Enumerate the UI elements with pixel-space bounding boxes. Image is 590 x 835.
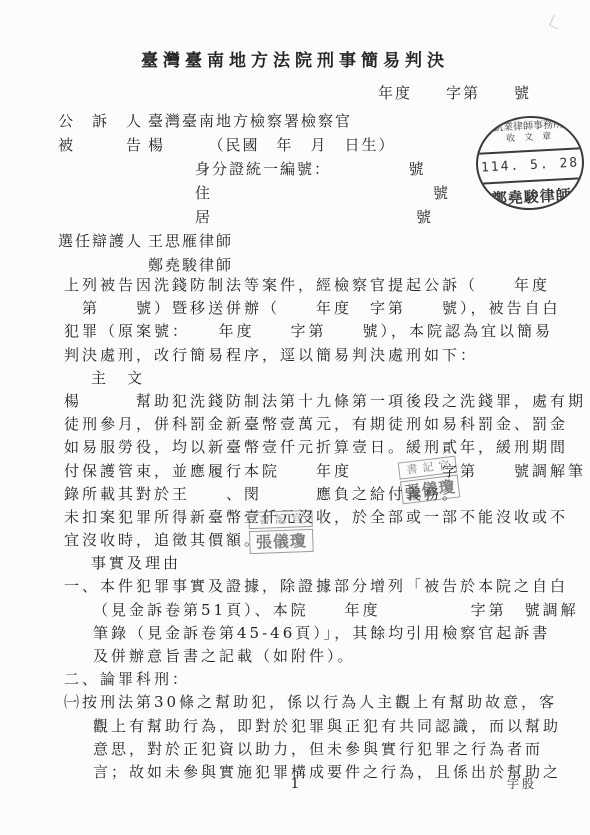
domicile-row: 居 號 bbox=[195, 205, 450, 229]
residence-row: 住 號 bbox=[195, 181, 450, 205]
body-line: 犯罪（原案號： 年度 字第 號），本院認為宜以簡易 bbox=[64, 320, 584, 343]
defense-counsel-name-1: 王思雁律師 bbox=[148, 232, 233, 250]
body-line: 上列被告因洗錢防制法等案件，經檢察官提起公訴（ 年度 bbox=[64, 274, 584, 297]
judgment-page: 臺灣臺南地方法院刑事簡易判決 年度 字第 號 公 訴 人臺灣臺南地方檢察署檢察官… bbox=[0, 0, 590, 835]
law-firm-stamp-header: 凱業律師事務所 收文章 bbox=[476, 115, 582, 154]
body-line: 及併辦意旨書之記載（如附件）。 bbox=[64, 645, 584, 668]
clerk-seal-stamp: 書記官 張儀瓊 bbox=[398, 456, 461, 505]
case-number-line: 年度 字第 號 bbox=[378, 82, 531, 103]
body-line: 未扣案犯罪所得新臺幣壹仟元沒收，於全部或一部不能沒收或不 bbox=[64, 506, 584, 529]
defense-counsel-row: 選任辯護人王思雁律師 bbox=[58, 229, 450, 253]
id-number-text: 身分證統一編號： 號 bbox=[195, 160, 426, 178]
clerk-seal-stamp: 書記官 張儀瓊 bbox=[248, 510, 313, 554]
body-line: 意思，對於正犯資以助力，但未參與實行犯罪之行為者而 bbox=[64, 738, 584, 761]
judgment-body: 上列被告因洗錢防制法等案件，經檢察官提起公訴（ 年度 第 號）暨移送併辦（ 年度… bbox=[64, 274, 584, 784]
id-number-row: 身分證統一編號： 號 bbox=[195, 157, 450, 181]
body-line: 一、本件犯罪事實及證據，除證據部分增列「被告於本院之自白 bbox=[64, 575, 584, 598]
body-line: 如易服勞役，均以新臺幣壹仟元折算壹日。緩刑貳年，緩刑期間 bbox=[64, 436, 584, 459]
body-line: （見金訴卷第51頁）、本院 年度 字第 號調解 bbox=[64, 599, 584, 622]
body-line: 錄所載其對於王 、閔 應負之給付義務。 bbox=[64, 483, 584, 506]
lawyer-name-stamp: 鄭堯駿律師 bbox=[479, 179, 584, 213]
page-number: 1 bbox=[0, 776, 590, 792]
facts-reasons-heading: 事實及理由 bbox=[64, 552, 584, 575]
body-line: 筆錄（見金訴卷第45-46頁）」，其餘均引用檢察官起訴書 bbox=[64, 622, 584, 645]
prosecutor-label: 公 訴 人 bbox=[58, 109, 148, 133]
clerk-title: 書記官 bbox=[248, 510, 313, 529]
defense-counsel-name-2: 鄭堯駿律師 bbox=[148, 256, 233, 274]
document-title: 臺灣臺南地方法院刑事簡易判決 bbox=[0, 46, 590, 71]
paper-smudge bbox=[549, 14, 563, 29]
body-line: ㈠按刑法第30條之幫助犯，係以行為人主觀上有幫助故意，客 bbox=[64, 691, 584, 714]
defendant-row: 被 告楊 （民國 年 月 日生） bbox=[58, 133, 450, 157]
body-line: 觀上有幫助行為，即對於犯罪與正犯有共同認識，而以幫助 bbox=[64, 715, 584, 738]
body-line: 判決處刑，改行簡易程序，逕以簡易判決處刑如下： bbox=[64, 344, 584, 367]
prosecutor-name: 臺灣臺南地方檢察署檢察官 bbox=[148, 112, 352, 130]
body-line: 第 號）暨移送併辦（ 年度 字第 號），被告自白 bbox=[64, 297, 584, 320]
domicile-text: 居 號 bbox=[195, 208, 433, 226]
party-block: 公 訴 人臺灣臺南地方檢察署檢察官 被 告楊 （民國 年 月 日生） 身分證統一… bbox=[58, 109, 450, 277]
prosecutor-row: 公 訴 人臺灣臺南地方檢察署檢察官 bbox=[58, 109, 450, 133]
body-line: 徒刑參月，併科罰金新臺幣壹萬元，有期徒刑如易科罰金、罰金 bbox=[64, 413, 584, 436]
law-firm-receipt-stamp: 凱業律師事務所 收文章 114. 5. 28 鄭堯駿律師 bbox=[474, 113, 587, 213]
body-line: 二、論罪科刑： bbox=[64, 668, 584, 691]
body-line: 付保護管束，並應履行本院 年度 字第 號調解筆 bbox=[64, 460, 584, 483]
defense-counsel-label: 選任辯護人 bbox=[58, 229, 148, 253]
main-text-heading: 主 文 bbox=[64, 367, 584, 390]
body-line: 楊 幫助犯洗錢防制法第十九條第一項後段之洗錢罪，處有期 bbox=[64, 390, 584, 413]
clerk-name: 張儀瓊 bbox=[249, 529, 314, 554]
body-line: 宜沒收時，追徵其價額。 bbox=[64, 529, 584, 552]
defendant-name: 楊 （民國 年 月 日生） bbox=[148, 136, 396, 154]
defendant-label: 被 告 bbox=[58, 133, 148, 157]
residence-text: 住 號 bbox=[195, 184, 450, 202]
court-division-label: 宇股 bbox=[507, 775, 537, 792]
